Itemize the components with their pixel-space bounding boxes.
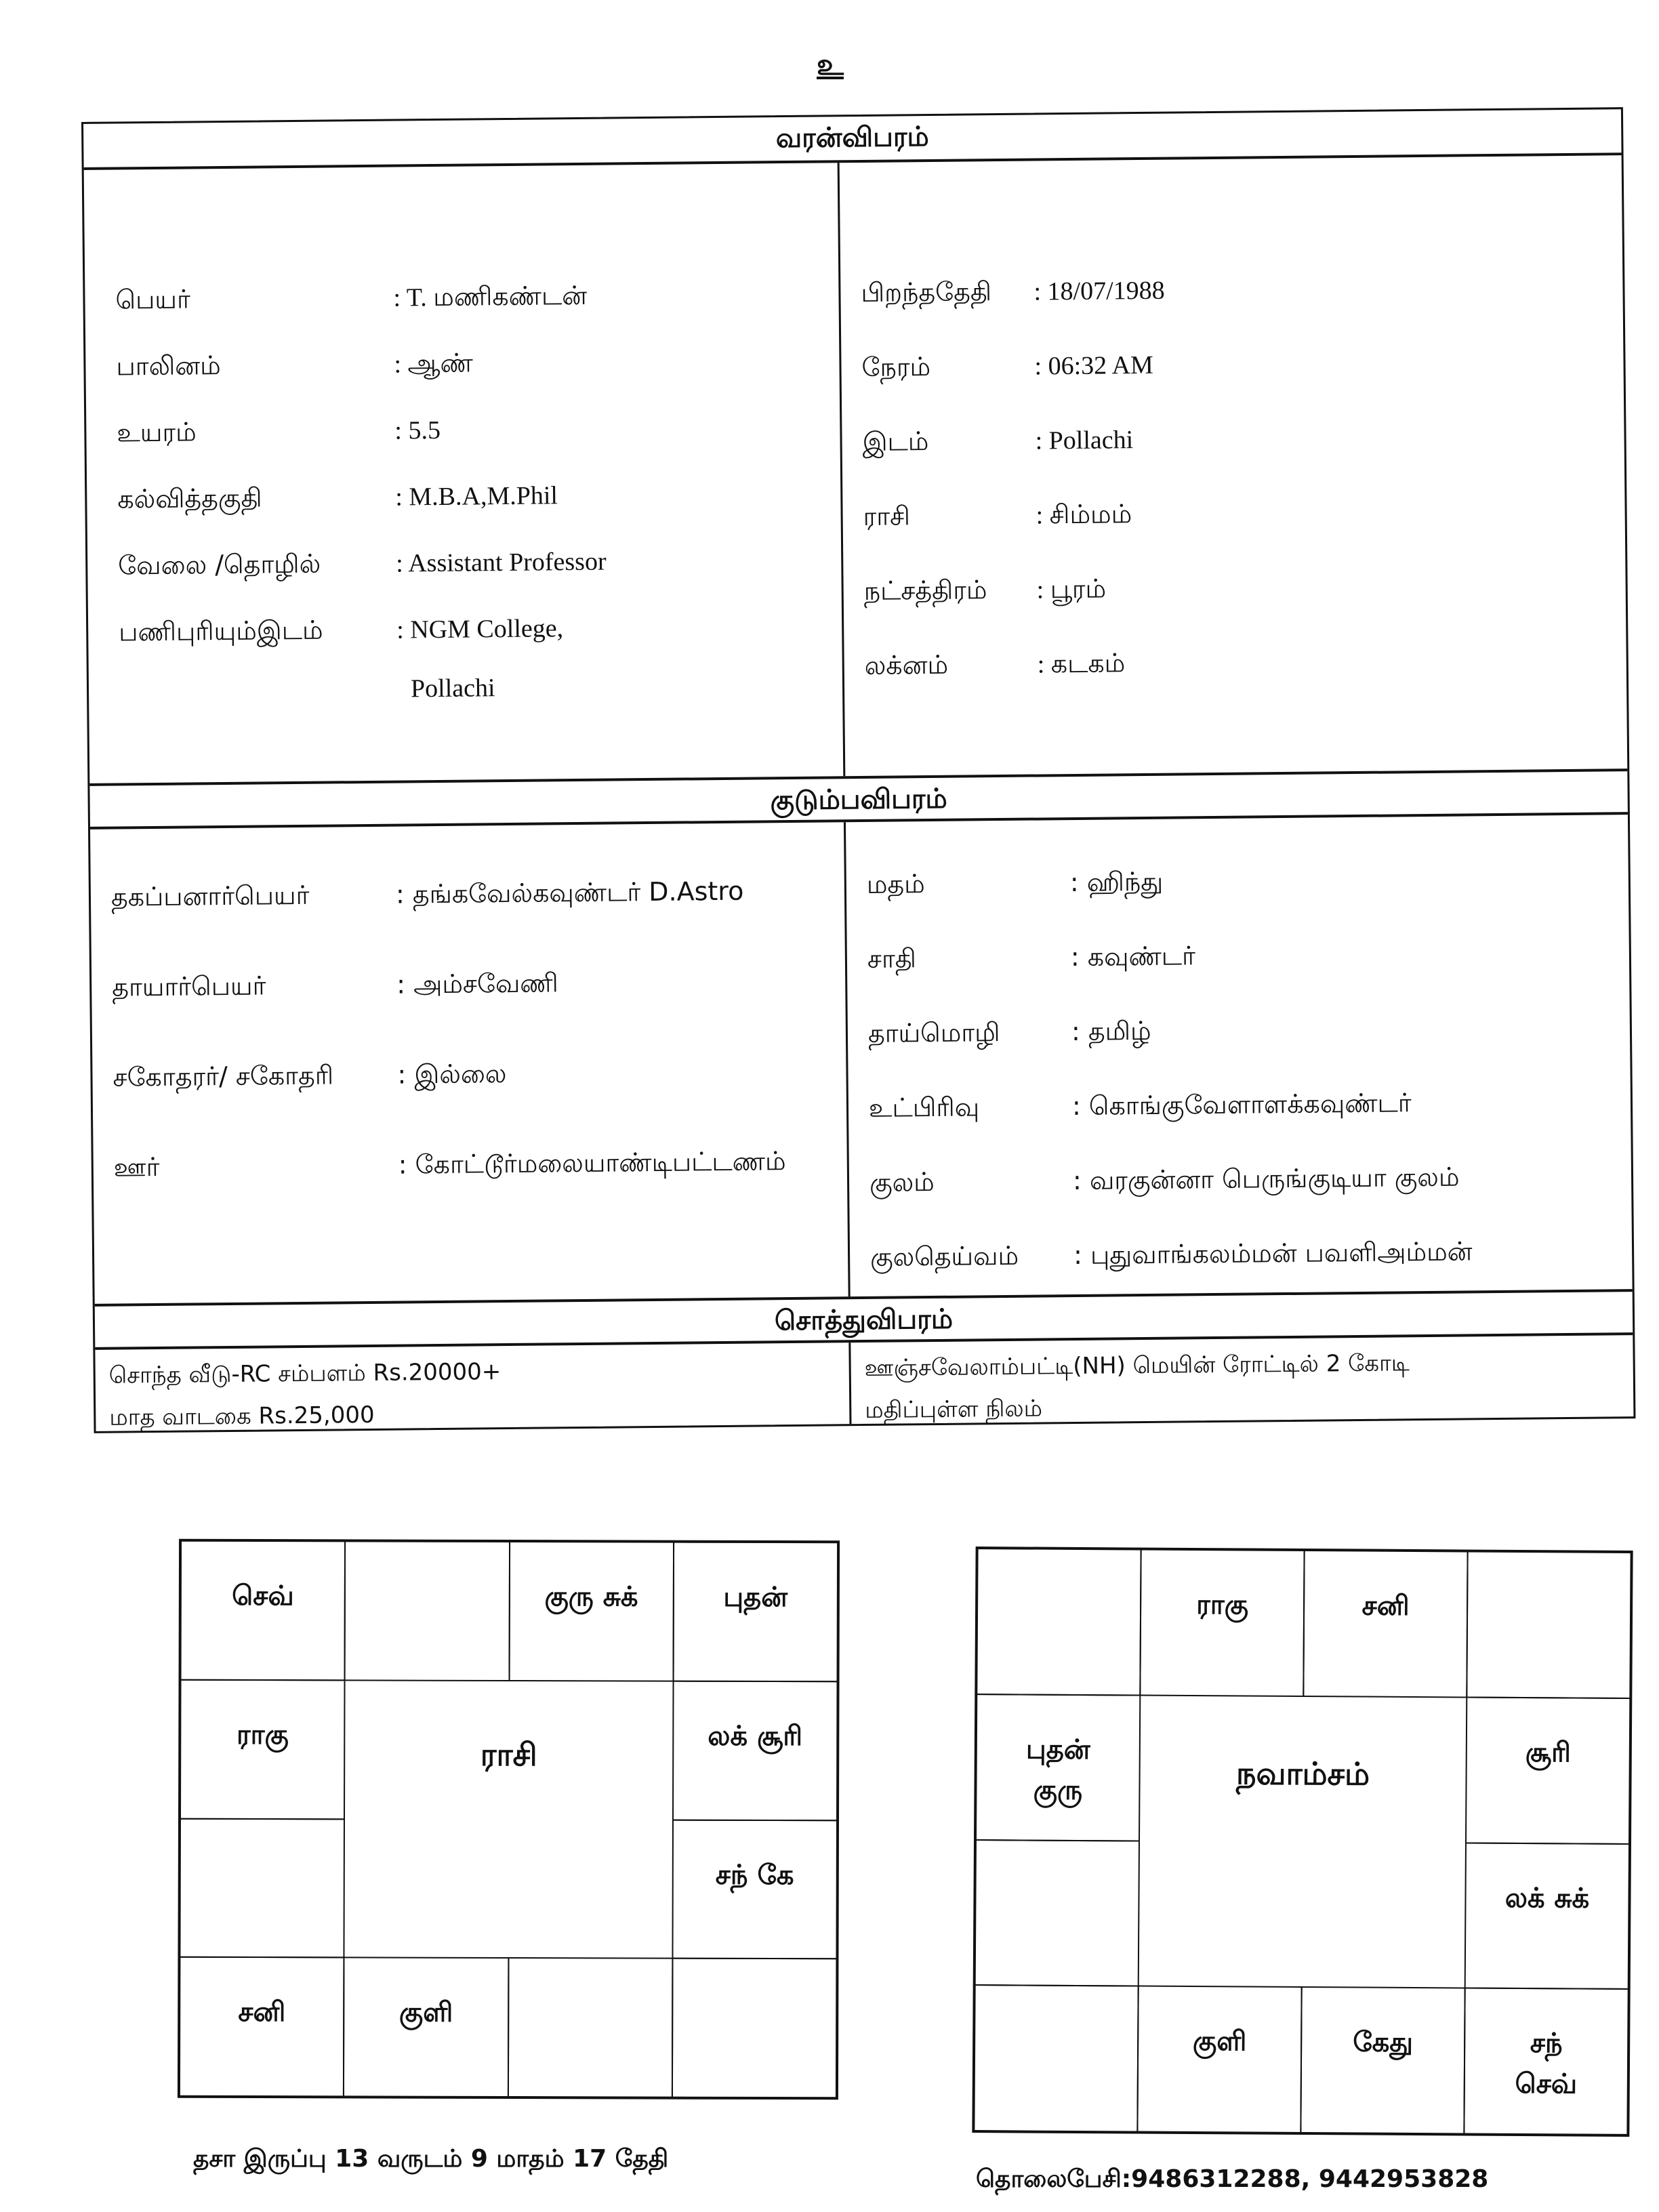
family-detail-value: : இல்லை [397,1059,506,1094]
family-detail-label: தாய்மொழி [868,1017,1071,1052]
navamsam-house: சூரி [1465,1696,1631,1844]
navamsam-house: கேது [1300,1986,1465,2134]
navamsam-house: சந் செவ் [1463,1988,1629,2135]
property-land-line: ஊஞ்சவேலாம்பட்டி(NH) மெயின் ரோட்டில் 2 கோ… [865,1349,1410,1385]
navamsam-house: குளி [1136,1986,1302,2133]
groom-detail-row: பணிபுரியும்இடம்: NGM College, [119,613,563,651]
groom-detail-value: : T. மணிகண்டன் [393,281,587,316]
groom-detail-label: வேலை /தொழில் [118,548,396,585]
family-detail-label: சகோதரர்/ சகோதரி [112,1060,397,1097]
property-details-right: ஊஞ்சவேலாம்பட்டி(NH) மெயின் ரோட்டில் 2 கோ… [851,1335,1633,1424]
rasi-chart: செவ்குரு சுக்புதன்ராகுலக் சூரிசந் கேசனிக… [178,1539,840,2100]
groom-detail-value: : ஆண் [394,348,473,382]
groom-detail-label: பணிபுரியும்இடம் [119,615,396,651]
groom-detail-value: : 5.5 [394,415,441,446]
family-detail-label: தகப்பனார்பெயர் [111,880,396,916]
family-detail-row: தகப்பனார்பெயர்: தங்கவேல்கவுண்டர் D.Astro [111,876,744,916]
groom-astro-row: லக்னம்: கடகம் [865,648,1126,684]
property-land-line: மதிப்புள்ள நிலம் [865,1395,1042,1427]
navamsam-house [1466,1551,1631,1698]
groom-detail-label: பெயர் [115,283,393,319]
family-detail-row: மதம்: ஹிந்து [867,867,1164,903]
rasi-house: செவ் [180,1540,346,1681]
groom-astro-label: நட்சத்திரம் [863,575,1036,610]
navamsam-house [975,1839,1140,1987]
groom-detail-value: : NGM College, [396,613,563,644]
rasi-house [344,1540,510,1681]
groom-astro-label: லக்னம் [865,649,1038,684]
groom-astro-value: : 18/07/1988 [1033,276,1165,307]
groom-astro-value: : 06:32 AM [1034,350,1153,382]
family-detail-value: : அம்சவேணி [396,968,558,1003]
family-detail-value: : தமிழ் [1071,1016,1151,1050]
groom-detail-label: கல்வித்தகுதி [117,482,395,518]
family-details-body: தகப்பனார்பெயர்: தங்கவேல்கவுண்டர் D.Astro… [90,815,1633,1304]
biodata-table: வரன்விபரம் பெயர்: T. மணிகண்டன்பாலினம்: ஆ… [81,107,1635,1433]
groom-astro-label: இடம் [862,426,1035,461]
family-detail-label: மதம் [867,867,1070,903]
groom-detail-value-continued: Pollachi [411,673,495,703]
groom-detail-row: வேலை /தொழில்: Assistant Professor [118,546,607,585]
family-detail-value: : தங்கவேல்கவுண்டர் D.Astro [396,876,744,914]
groom-detail-label: பாலினம் [116,349,394,386]
groom-astro-label: நேரம் [861,351,1034,386]
phone-numbers-text: தொலைபேசி:9486312288, 9442953828 [976,2165,1488,2196]
navamsam-chart: ராகுசனிபுதன் குருசூரிலக் சுக்குளிகேதுசந்… [972,1547,1633,2137]
groom-astro-row: நேரம்: 06:32 AM [861,350,1153,386]
navamsam-house: ராகு [1139,1549,1305,1697]
family-detail-row: சகோதரர்/ சகோதரி: இல்லை [112,1059,506,1097]
navamsam-house [973,1984,1139,2132]
groom-astro-value: : Pollachi [1035,425,1133,455]
rasi-house: லக் சூரி [672,1680,838,1820]
property-details-body: சொந்த வீடு-RC சம்பளம் Rs.20000+மாத வாடகை… [95,1335,1633,1431]
property-details-left: சொந்த வீடு-RC சம்பளம் Rs.20000+மாத வாடகை… [95,1343,851,1431]
family-detail-row: தாய்மொழி: தமிழ் [868,1016,1151,1052]
navamsam-house: புதன் குரு [975,1694,1141,1841]
family-details-left: தகப்பனார்பெயர்: தங்கவேல்கவுண்டர் D.Astro… [90,822,851,1304]
rasi-house [507,1957,673,2097]
groom-detail-row: உயரம்: 5.5 [117,415,441,452]
family-detail-row: சாதி: கவுண்டர் [867,941,1195,978]
family-detail-value: : கவுண்டர் [1071,941,1195,976]
family-details-right: மதம்: ஹிந்துசாதி: கவுண்டர்தாய்மொழி: தமிழ… [846,815,1633,1296]
groom-astro-value: : கடகம் [1038,649,1126,682]
groom-detail-value: : Assistant Professor [396,547,607,579]
family-detail-row: உட்பிரிவு: கொங்குவேளாளக்கவுண்டர் [869,1088,1412,1127]
property-income-line: மாத வாடகை Rs.25,000 [109,1401,375,1434]
rasi-house: ராகு [180,1679,346,1819]
family-detail-label: ஊர் [114,1150,398,1187]
groom-astro-row: நட்சத்திரம்: பூரம் [863,574,1106,610]
groom-astro-label: பிறந்ததேதி [861,276,1033,312]
rasi-house [179,1818,345,1958]
family-detail-value: : வரகுன்னா பெருங்குடியா குலம் [1073,1162,1460,1200]
groom-astro-value: : பூரம் [1036,575,1106,609]
page-mark: உ [810,47,851,86]
navamsam-house: லக் சுக் [1465,1842,1630,1990]
groom-details-body: பெயர்: T. மணிகண்டன்பாலினம்: ஆண்உயரம்: 5.… [84,155,1628,783]
groom-astro-row: ராசி: சிம்மம் [863,499,1132,535]
family-detail-label: தாயார்பெயர் [112,970,396,1006]
groom-detail-row: பாலினம்: ஆண் [116,348,473,385]
family-detail-row: குலம்: வரகுன்னா பெருங்குடியா குலம் [869,1162,1460,1202]
rasi-house: குளி [343,1957,509,2097]
rasi-house: குரு சுக் [508,1541,674,1681]
rasi-house: புதன் [672,1542,838,1682]
dasa-balance-text: தசா இருப்பு 13 வருடம் 9 மாதம் 17 தேதி [193,2145,668,2176]
family-detail-value: : புதுவாங்கலம்மன் பவளிஅம்மன் [1073,1236,1473,1274]
groom-detail-label: உயரம் [117,415,394,452]
rasi-title: ராசி [344,1680,673,1833]
family-detail-value: : கோட்டூர்மலையாண்டிபட்டணம் [398,1146,786,1183]
family-detail-row: தாயார்பெயர்: அம்சவேணி [112,968,558,1006]
family-detail-label: குலம் [869,1166,1073,1202]
navamsam-title: நவாம்சம் [1139,1695,1467,1857]
family-detail-label: சாதி [867,942,1071,978]
groom-details-right: பிறந்ததேதி: 18/07/1988நேரம்: 06:32 AMஇடம… [840,155,1628,776]
groom-astro-row: பிறந்ததேதி: 18/07/1988 [861,275,1165,312]
family-detail-label: குலதெய்வம் [870,1240,1073,1276]
navamsam-house: சனி [1303,1550,1468,1698]
rasi-house: சந் கே [672,1819,838,1959]
groom-astro-row: இடம்: Pollachi [862,424,1133,461]
navamsam-house [976,1548,1141,1696]
property-income-line: சொந்த வீடு-RC சம்பளம் Rs.20000+ [109,1358,501,1392]
groom-details-left: பெயர்: T. மணிகண்டன்பாலினம்: ஆண்உயரம்: 5.… [84,163,846,783]
rasi-house [672,1958,838,2098]
groom-astro-label: ராசி [863,500,1036,535]
groom-detail-value: : M.B.A,M.Phil [395,480,558,512]
family-detail-row: குலதெய்வம்: புதுவாங்கலம்மன் பவளிஅம்மன் [870,1236,1473,1276]
rasi-house: சனி [179,1957,345,2097]
groom-detail-row: பெயர்: T. மணிகண்டன் [115,281,587,319]
family-detail-row: ஊர்: கோட்டூர்மலையாண்டிபட்டணம் [114,1146,786,1187]
family-detail-value: : கொங்குவேளாளக்கவுண்டர் [1072,1088,1412,1125]
family-detail-value: : ஹிந்து [1070,867,1164,901]
groom-astro-value: : சிம்மம் [1036,499,1132,533]
groom-detail-row: கல்வித்தகுதி: M.B.A,M.Phil [117,480,558,518]
family-detail-label: உட்பிரிவு [869,1091,1072,1127]
